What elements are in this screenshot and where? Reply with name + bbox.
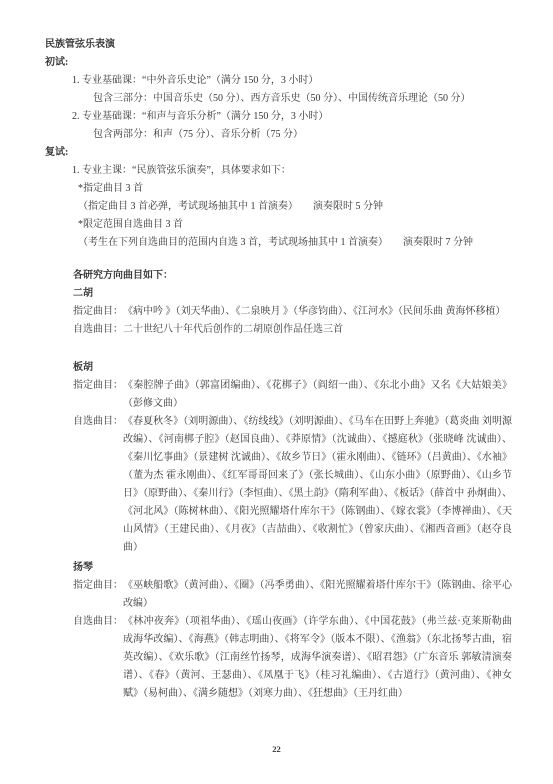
document-page: 民族管弦乐表演初试:1. 专业基础课：“中外音乐史论”（满分 150 分，3 小… — [0, 0, 553, 784]
repertoire-text: 《春夏秋冬》（刘明源曲）、《纺线线》（刘明源曲）、《马车在田野上奔驰》（葛炎曲 … — [123, 413, 512, 557]
doc-line: 包含三部分：中国音乐史（50 分）、西方音乐史（50 分）、中国传统音乐理论（5… — [45, 90, 512, 108]
repertoire-label: 指定曲目： — [73, 377, 123, 395]
document-body: 民族管弦乐表演初试:1. 专业基础课：“中外音乐史论”（满分 150 分，3 小… — [45, 36, 512, 703]
doc-heading: 板胡 — [45, 359, 512, 377]
doc-line: 1. 专业基础课：“中外音乐史论”（满分 150 分，3 小时） — [45, 72, 512, 90]
doc-line: 包含两部分：和声（75 分）、音乐分析（75 分） — [45, 126, 512, 144]
doc-line: *指定曲目 3 首 — [45, 180, 512, 198]
repertoire-label: 自选曲目： — [73, 613, 123, 631]
doc-line: （指定曲目 3 首必弹，考试现场抽其中 1 首演奏） 演奏限时 5 分钟 — [45, 198, 512, 216]
repertoire-row: 指定曲目：《秦腔牌子曲》（郭富团编曲）、《花梆子》（阎绍一曲）、《东北小曲》又名… — [45, 377, 512, 413]
repertoire-row: 自选曲目：二十世纪八十年代后创作的二胡原创作品任选三首 — [45, 321, 512, 339]
doc-heading: 民族管弦乐表演 — [45, 36, 512, 54]
doc-heading: 扬琴 — [45, 559, 512, 577]
doc-line: 2. 专业基础课：“和声与音乐分析”（满分 150 分，3 小时） — [45, 108, 512, 126]
repertoire-row: 指定曲目：《病中吟 》（刘天华曲）、《二泉映月 》（华彦钧曲）、《江河水》（民间… — [45, 303, 512, 321]
doc-line: 1. 专业主课：“民族管弦乐演奏”，具体要求如下： — [45, 162, 512, 180]
repertoire-text: 二十世纪八十年代后创作的二胡原创作品任选三首 — [123, 321, 512, 339]
repertoire-row: 指定曲目：《巫峡船歌》（黄河曲）、《圈》（冯季勇曲）、《阳光照耀着塔什库尔干》（… — [45, 577, 512, 613]
doc-heading: 二胡 — [45, 285, 512, 303]
page-number: 22 — [0, 744, 553, 754]
doc-heading: 初试: — [45, 54, 512, 72]
repertoire-label: 自选曲目： — [73, 321, 123, 339]
doc-line: *限定范围自选曲目 3 首 — [45, 216, 512, 234]
repertoire-text: 《秦腔牌子曲》（郭富团编曲）、《花梆子》（阎绍一曲）、《东北小曲》又名《大姑娘美… — [123, 377, 512, 413]
repertoire-row: 自选曲目：《林冲夜奔》（项祖华曲）、《瑶山夜画》（许学东曲）、《中国花鼓》（弗兰… — [45, 613, 512, 703]
repertoire-text: 《巫峡船歌》（黄河曲）、《圈》（冯季勇曲）、《阳光照耀着塔什库尔干》（陈钢曲、徐… — [123, 577, 512, 613]
repertoire-label: 自选曲目： — [73, 413, 123, 431]
doc-line: （考生在下列自选曲目的范围内自选 3 首，考试现场抽其中 1 首演奏） 演奏限时… — [45, 234, 512, 252]
repertoire-label: 指定曲目： — [73, 303, 123, 321]
doc-heading: 各研究方向曲目如下： — [45, 267, 512, 285]
repertoire-text: 《病中吟 》（刘天华曲）、《二泉映月 》（华彦钧曲）、《江河水》（民间乐曲 黄海… — [123, 303, 512, 321]
doc-heading: 复试: — [45, 144, 512, 162]
repertoire-label: 指定曲目： — [73, 577, 123, 595]
repertoire-row: 自选曲目：《春夏秋冬》（刘明源曲）、《纺线线》（刘明源曲）、《马车在田野上奔驰》… — [45, 413, 512, 557]
repertoire-text: 《林冲夜奔》（项祖华曲）、《瑶山夜画》（许学东曲）、《中国花鼓》（弗兰兹·克莱斯… — [123, 613, 512, 703]
